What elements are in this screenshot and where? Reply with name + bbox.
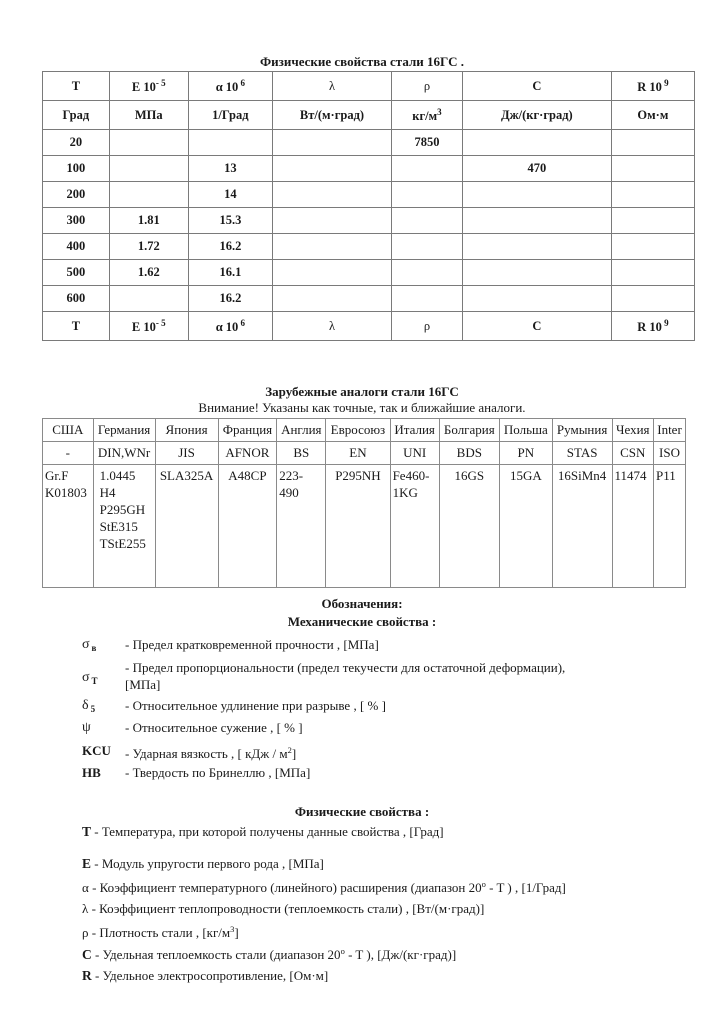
unit-cell: МПа bbox=[109, 101, 188, 130]
standard-cell: JIS bbox=[155, 442, 218, 465]
table-cell bbox=[272, 234, 391, 260]
country-cell: Inter bbox=[654, 419, 686, 442]
table-cell bbox=[611, 234, 694, 260]
legend-symbol: σT bbox=[82, 669, 98, 690]
table-row: 3001.8115.3 bbox=[43, 208, 695, 234]
analogs-table: СШАГерманияЯпонияФранцияАнглияЕвросоюзИт… bbox=[42, 418, 686, 588]
country-cell: Румыния bbox=[552, 419, 612, 442]
analogs-title: Зарубежные аналоги стали 16ГС bbox=[0, 384, 724, 400]
header-cell: ρ bbox=[392, 312, 463, 341]
table-cell bbox=[462, 130, 611, 156]
grade-cell: 11474 bbox=[612, 465, 654, 588]
mechanical-legend-item: σT- Предел пропорциональности (предел те… bbox=[0, 659, 724, 699]
table-cell bbox=[611, 208, 694, 234]
unit-cell: кг/м3 bbox=[392, 101, 463, 130]
analogs-note: Внимание! Указаны как точные, так и ближ… bbox=[0, 400, 724, 416]
header-cell: E 10- 5 bbox=[109, 312, 188, 341]
physical-legend-item: C - Удельная теплоемкость стали (диапазо… bbox=[82, 946, 456, 963]
table-cell bbox=[109, 130, 188, 156]
table-cell: 300 bbox=[43, 208, 110, 234]
symbol-header-row: TE 10- 5α 10 6λρCR 10 9 bbox=[43, 72, 695, 101]
legend-description: - Удельная теплоемкость стали (диапазон … bbox=[92, 947, 456, 962]
unit-cell: 1/Град bbox=[188, 101, 272, 130]
country-cell: США bbox=[43, 419, 94, 442]
header-cell: λ bbox=[272, 72, 391, 101]
table-cell: 100 bbox=[43, 156, 110, 182]
header-symbol: T bbox=[72, 319, 80, 333]
table-cell bbox=[392, 234, 463, 260]
table-cell: 20 bbox=[43, 130, 110, 156]
country-cell: Италия bbox=[390, 419, 439, 442]
table-cell bbox=[392, 182, 463, 208]
physical-properties-table: TE 10- 5α 10 6λρCR 10 9ГрадМПа1/ГрадВт/(… bbox=[42, 71, 695, 341]
table-cell: 15.3 bbox=[188, 208, 272, 234]
header-cell: C bbox=[462, 312, 611, 341]
table-cell bbox=[109, 156, 188, 182]
grade-cell: P11 bbox=[654, 465, 686, 588]
table-cell bbox=[462, 234, 611, 260]
table-cell bbox=[611, 260, 694, 286]
mechanical-title: Механические свойства : bbox=[0, 614, 724, 630]
table-cell bbox=[611, 182, 694, 208]
grade-cell: 16GS bbox=[439, 465, 499, 588]
table-cell bbox=[392, 286, 463, 312]
table-cell bbox=[272, 156, 391, 182]
physical-legend-item: T - Температура, при которой получены да… bbox=[82, 824, 444, 840]
grade-cell: Fe460-1KG bbox=[390, 465, 439, 588]
header-cell: R 10 9 bbox=[611, 312, 694, 341]
header-symbol: C bbox=[532, 319, 541, 333]
standard-cell: EN bbox=[326, 442, 390, 465]
header-symbol: C bbox=[532, 79, 541, 93]
header-symbol: E 10 bbox=[132, 320, 156, 334]
standard-cell: BDS bbox=[439, 442, 499, 465]
table-cell bbox=[392, 208, 463, 234]
symbol-header-row: TE 10- 5α 10 6λρCR 10 9 bbox=[43, 312, 695, 341]
legend-description: - Ударная вязкость , [ кДж / м2] bbox=[125, 742, 296, 762]
standard-cell: CSN bbox=[612, 442, 654, 465]
table-cell bbox=[109, 286, 188, 312]
physical-legend-item: α - Коэффициент температурного (линейног… bbox=[82, 879, 566, 896]
header-symbol: λ bbox=[329, 319, 335, 333]
legend-symbol: E bbox=[82, 856, 91, 871]
table-cell bbox=[611, 156, 694, 182]
physical-legend-item: λ - Коэффициент теплопроводности (теплое… bbox=[82, 901, 484, 917]
grade-cell: P295NH bbox=[326, 465, 390, 588]
standard-cell: - bbox=[43, 442, 94, 465]
header-symbol: ρ bbox=[424, 319, 430, 333]
table-row: 20014 bbox=[43, 182, 695, 208]
legend-description: - Относительное удлинение при разрыве , … bbox=[125, 697, 386, 714]
header-cell: T bbox=[43, 312, 110, 341]
grade-cell: 16SiMn4 bbox=[552, 465, 612, 588]
unit-cell: Дж/(кг·град) bbox=[462, 101, 611, 130]
legend-symbol: α bbox=[82, 880, 89, 895]
legend-description: - Удельное электросопротивление, [Ом·м] bbox=[92, 968, 329, 983]
legend-description: - Температура, при которой получены данн… bbox=[91, 824, 444, 839]
table-row: 207850 bbox=[43, 130, 695, 156]
legend-description: - Предел кратковременной прочности , [МП… bbox=[125, 636, 379, 653]
standard-cell: AFNOR bbox=[218, 442, 277, 465]
header-symbol: λ bbox=[329, 79, 335, 93]
header-cell: α 10 6 bbox=[188, 72, 272, 101]
grade-cell: 223-490 bbox=[277, 465, 326, 588]
table-cell: 400 bbox=[43, 234, 110, 260]
legend-description: - Коэффициент теплопроводности (теплоемк… bbox=[88, 901, 484, 916]
standard-cell: BS bbox=[277, 442, 326, 465]
grade-cell: 1.0445H4P295GHStE315TStE255 bbox=[93, 465, 155, 588]
table-cell: 200 bbox=[43, 182, 110, 208]
country-cell: Евросоюз bbox=[326, 419, 390, 442]
table-cell bbox=[272, 208, 391, 234]
table-cell: 1.62 bbox=[109, 260, 188, 286]
table-cell bbox=[462, 286, 611, 312]
table-cell bbox=[392, 260, 463, 286]
header-cell: E 10- 5 bbox=[109, 72, 188, 101]
table-cell bbox=[462, 208, 611, 234]
legend-symbol: ψ bbox=[82, 719, 91, 736]
unit-header-row: ГрадМПа1/ГрадВт/(м·град)кг/м3Дж/(кг·град… bbox=[43, 101, 695, 130]
country-cell: Чехия bbox=[612, 419, 654, 442]
unit-cell: Град bbox=[43, 101, 110, 130]
grade-cell: SLA325A bbox=[155, 465, 218, 588]
table-cell bbox=[462, 260, 611, 286]
standard-cell: UNI bbox=[390, 442, 439, 465]
standard-cell: DIN,WNr bbox=[93, 442, 155, 465]
table-row: 4001.7216.2 bbox=[43, 234, 695, 260]
standard-cell: PN bbox=[499, 442, 552, 465]
table-cell bbox=[392, 156, 463, 182]
header-cell: ρ bbox=[392, 72, 463, 101]
table-cell: 16.2 bbox=[188, 234, 272, 260]
grade-cell: Gr.FK01803 bbox=[43, 465, 94, 588]
physical-legend-item: R - Удельное электросопротивление, [Ом·м… bbox=[82, 968, 328, 984]
header-symbol: α 10 bbox=[216, 80, 239, 94]
table-row: 10013470 bbox=[43, 156, 695, 182]
header-symbol: α 10 bbox=[216, 320, 239, 334]
table-row: 60016.2 bbox=[43, 286, 695, 312]
country-cell: Болгария bbox=[439, 419, 499, 442]
legend-description: - Предел пропорциональности (предел теку… bbox=[125, 659, 565, 693]
physical-legend-item: E - Модуль упругости первого рода , [МПа… bbox=[82, 856, 324, 872]
legend-description: - Плотность стали , [кг/м3] bbox=[89, 925, 239, 940]
legend-symbol: σв bbox=[82, 636, 96, 657]
table-cell bbox=[272, 182, 391, 208]
legend-title: Обозначения: bbox=[0, 596, 724, 612]
table-cell: 1.72 bbox=[109, 234, 188, 260]
table-cell bbox=[188, 130, 272, 156]
legend-symbol: R bbox=[82, 968, 92, 983]
table-cell: 500 bbox=[43, 260, 110, 286]
grade-cell: 15GA bbox=[499, 465, 552, 588]
legend-symbol: δ5 bbox=[82, 697, 95, 718]
legend-symbol: HB bbox=[82, 764, 101, 782]
country-cell: Англия bbox=[277, 419, 326, 442]
table-cell: 600 bbox=[43, 286, 110, 312]
table-cell: 13 bbox=[188, 156, 272, 182]
physical-legend-title: Физические свойства : bbox=[0, 804, 724, 820]
header-cell: C bbox=[462, 72, 611, 101]
header-symbol: ρ bbox=[424, 79, 430, 93]
table-cell bbox=[272, 130, 391, 156]
table-cell bbox=[611, 286, 694, 312]
country-cell: Германия bbox=[93, 419, 155, 442]
header-symbol: R 10 bbox=[637, 320, 662, 334]
table-cell bbox=[611, 130, 694, 156]
table-cell bbox=[109, 182, 188, 208]
country-cell: Польша bbox=[499, 419, 552, 442]
table-cell: 7850 bbox=[392, 130, 463, 156]
legend-description: - Коэффициент температурного (линейного)… bbox=[89, 880, 566, 895]
table-cell: 1.81 bbox=[109, 208, 188, 234]
legend-symbol: ρ bbox=[82, 925, 89, 940]
table-cell: 14 bbox=[188, 182, 272, 208]
physical-legend-item: ρ - Плотность стали , [кг/м3] bbox=[82, 924, 239, 941]
country-cell: Япония bbox=[155, 419, 218, 442]
standard-cell: STAS bbox=[552, 442, 612, 465]
table-row: 5001.6216.1 bbox=[43, 260, 695, 286]
header-cell: T bbox=[43, 72, 110, 101]
table-cell: 16.1 bbox=[188, 260, 272, 286]
header-symbol: E 10 bbox=[132, 80, 156, 94]
legend-description: - Твердость по Бринеллю , [МПа] bbox=[125, 764, 310, 781]
legend-description: - Относительное сужение , [ % ] bbox=[125, 719, 303, 736]
table-cell bbox=[462, 182, 611, 208]
table-cell bbox=[272, 260, 391, 286]
legend-symbol: T bbox=[82, 824, 91, 839]
table-cell: 16.2 bbox=[188, 286, 272, 312]
country-cell: Франция bbox=[218, 419, 277, 442]
header-cell: λ bbox=[272, 312, 391, 341]
legend-symbol: KCU bbox=[82, 742, 111, 760]
unit-cell: Ом·м bbox=[611, 101, 694, 130]
table-cell: 470 bbox=[462, 156, 611, 182]
standard-cell: ISO bbox=[654, 442, 686, 465]
legend-symbol: C bbox=[82, 947, 92, 962]
mechanical-legend-item: HB- Твердость по Бринеллю , [МПа] bbox=[0, 764, 724, 804]
header-cell: R 10 9 bbox=[611, 72, 694, 101]
legend-description: - Модуль упругости первого рода , [МПа] bbox=[91, 856, 324, 871]
header-symbol: T bbox=[72, 79, 80, 93]
physical-properties-title: Физические свойства стали 16ГС . bbox=[0, 54, 724, 70]
grade-cell: A48CP bbox=[218, 465, 277, 588]
header-symbol: R 10 bbox=[637, 80, 662, 94]
table-cell bbox=[272, 286, 391, 312]
unit-cell: Вт/(м·град) bbox=[272, 101, 391, 130]
header-cell: α 10 6 bbox=[188, 312, 272, 341]
